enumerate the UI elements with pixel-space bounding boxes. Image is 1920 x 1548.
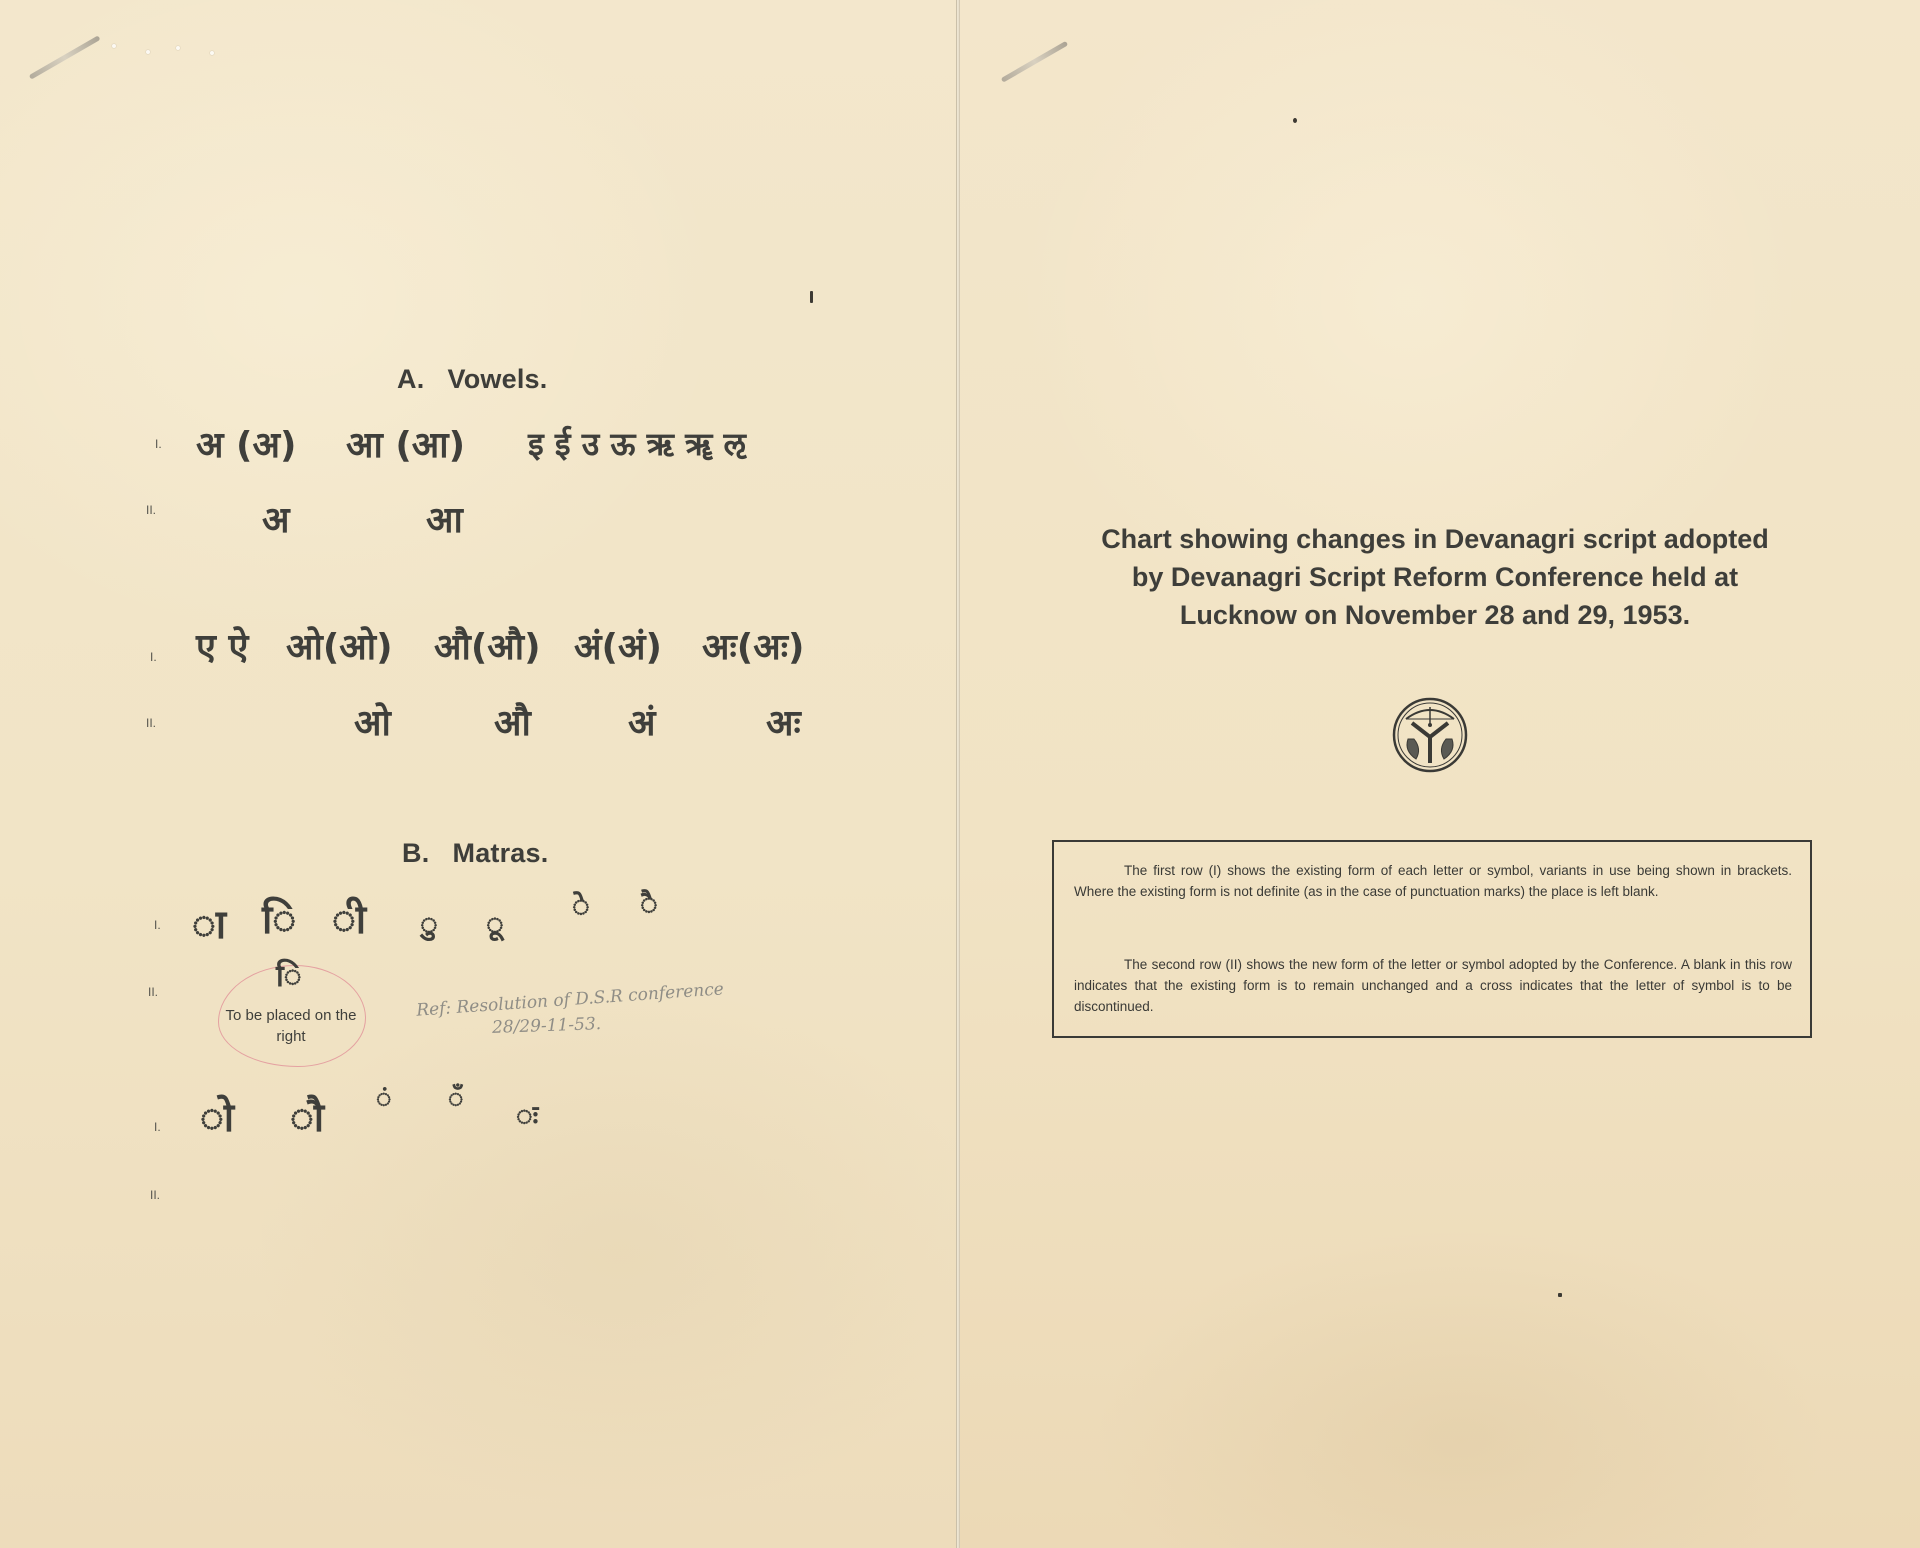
vowel-cell: आ: [426, 503, 463, 539]
row-label: I.: [150, 650, 157, 664]
title-line: Lucknow on November 28 and 29, 1953.: [1060, 596, 1810, 634]
vowel-cell: औ: [494, 706, 531, 742]
vowel-cell: अं(अं): [574, 630, 662, 666]
matra-cell: ै: [640, 890, 658, 920]
note-second-row: The second row (II) shows the new form o…: [1074, 954, 1792, 1017]
matra-cell: ो: [200, 1098, 234, 1138]
matra-cell: ी: [332, 900, 366, 940]
row-label: II.: [148, 985, 158, 999]
staple-mark: [29, 35, 101, 79]
row-label: I.: [154, 1120, 161, 1134]
state-emblem-icon: [1392, 697, 1468, 773]
pencil-annotation-line-2: 28/29-11-53.: [492, 1014, 602, 1038]
row-label: I.: [154, 918, 161, 932]
pinhole: [210, 51, 214, 55]
row-label: I.: [155, 437, 162, 451]
row-label: II.: [146, 503, 156, 517]
matra-cell: े: [572, 892, 590, 922]
matra-cell: ि: [262, 900, 296, 940]
ink-speck: [1558, 1293, 1562, 1297]
row-label: II.: [146, 716, 156, 730]
matra-cell: ा: [192, 905, 226, 945]
matra-cell: ु: [420, 910, 438, 940]
pinhole: [146, 50, 150, 54]
title-line: Chart showing changes in Devanagri scrip…: [1060, 520, 1810, 558]
matra-cell: ं: [376, 1086, 391, 1112]
vowel-cell: अ (अ): [196, 428, 296, 464]
vowel-cell: आ (आ): [346, 428, 465, 464]
document-spread: A. Vowels. I. अ (अ) आ (आ) इ ई उ ऊ ऋ ॠ ऌ …: [0, 0, 1920, 1548]
explanatory-note-box: The first row (I) shows the existing for…: [1052, 840, 1812, 1038]
note-first-row: The first row (I) shows the existing for…: [1074, 860, 1792, 902]
pinhole: [176, 46, 180, 50]
matra-cell: ू: [486, 910, 504, 940]
vowel-cell: इ ई उ ऊ ऋ ॠ ऌ: [528, 428, 746, 460]
section-b-heading: B. Matras.: [402, 838, 548, 869]
vowel-cell: अः(अः): [702, 630, 804, 666]
section-a-heading: A. Vowels.: [397, 364, 547, 395]
vowel-cell: ए ऐ: [196, 630, 248, 666]
vowel-cell: ओ: [354, 706, 391, 742]
pinhole: [112, 44, 116, 48]
vowel-cell: अः: [766, 706, 801, 742]
vowel-cell: ओ(ओ): [286, 630, 393, 666]
right-page: [960, 0, 1920, 1548]
matra-cell: ँ: [448, 1086, 463, 1112]
document-title: Chart showing changes in Devanagri scrip…: [1060, 520, 1810, 634]
title-line: by Devanagri Script Reform Conference he…: [1060, 558, 1810, 596]
row-label: II.: [150, 1188, 160, 1202]
left-page: A. Vowels. I. अ (अ) आ (आ) इ ई उ ऊ ऋ ॠ ऌ …: [0, 0, 957, 1548]
vowel-cell: औ(औ): [434, 630, 541, 666]
ink-speck: [810, 291, 813, 303]
ink-speck: [1293, 118, 1297, 123]
circled-note: To be placed on the right: [218, 1005, 364, 1047]
matra-cell: ि: [276, 962, 302, 992]
vowel-cell: अं: [628, 706, 656, 742]
matra-cell: ः: [516, 1102, 538, 1130]
matra-cell: ौ: [290, 1098, 324, 1138]
vowel-cell: अ: [262, 503, 290, 539]
